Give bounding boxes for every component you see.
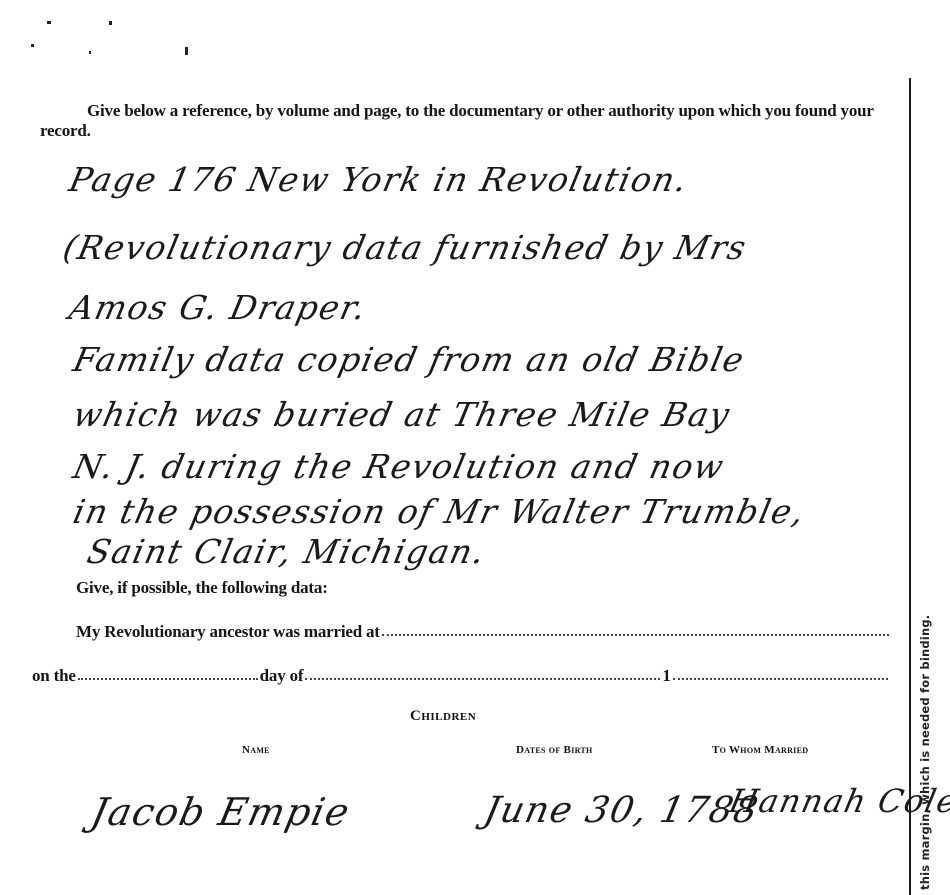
child-name: Jacob Empie [87,790,354,834]
child-spouse: Hannah Cole [726,782,950,820]
handwritten-reference-line: in the possession of Mr Walter Trumble, [70,492,809,531]
on-the-label: on the [32,666,76,686]
reference-instruction: Give below a reference, by volume and pa… [40,101,902,141]
column-header-to-whom-married: To Whom Married [712,744,808,756]
handwritten-reference-line: Amos G. Draper. [66,288,371,327]
day-blank [78,666,258,680]
binding-margin-rule [909,78,911,895]
children-section-title: Children [410,708,476,725]
handwritten-reference-line: (Revolutionary data furnished by Mrs [60,228,751,267]
handwritten-reference-line: Family data copied from an old Bible [70,340,749,379]
year-prefix: 1 [662,666,670,686]
following-data-prompt: Give, if possible, the following data: [76,578,328,598]
scan-speck [89,51,91,54]
handwritten-reference-line: Page 176 New York in Revolution. [66,160,692,199]
handwritten-reference-line: which was buried at Three Mile Bay [70,395,734,434]
scan-speck [185,47,188,55]
year-blank [673,666,888,680]
scan-speck [31,44,34,47]
scan-speck [109,21,112,25]
married-at-label: My Revolutionary ancestor was married at [76,622,380,642]
married-at-blank [382,622,889,636]
child-date-of-birth: June 30, 1788 [481,790,763,831]
handwritten-reference-line: Saint Clair, Michigan. [84,532,489,571]
handwritten-reference-line: N. J. during the Revolution and now [70,447,728,486]
month-blank [305,666,660,680]
married-at-field: My Revolutionary ancestor was married at [76,622,891,642]
marriage-date-field: on the day of 1 [32,666,890,686]
column-header-name: Name [242,744,270,756]
day-of-label: day of [260,666,304,686]
scan-speck [47,21,51,24]
binding-margin-note: this margin, which is needed for binding… [918,615,932,890]
column-header-dates-of-birth: Dates of Birth [516,744,593,756]
